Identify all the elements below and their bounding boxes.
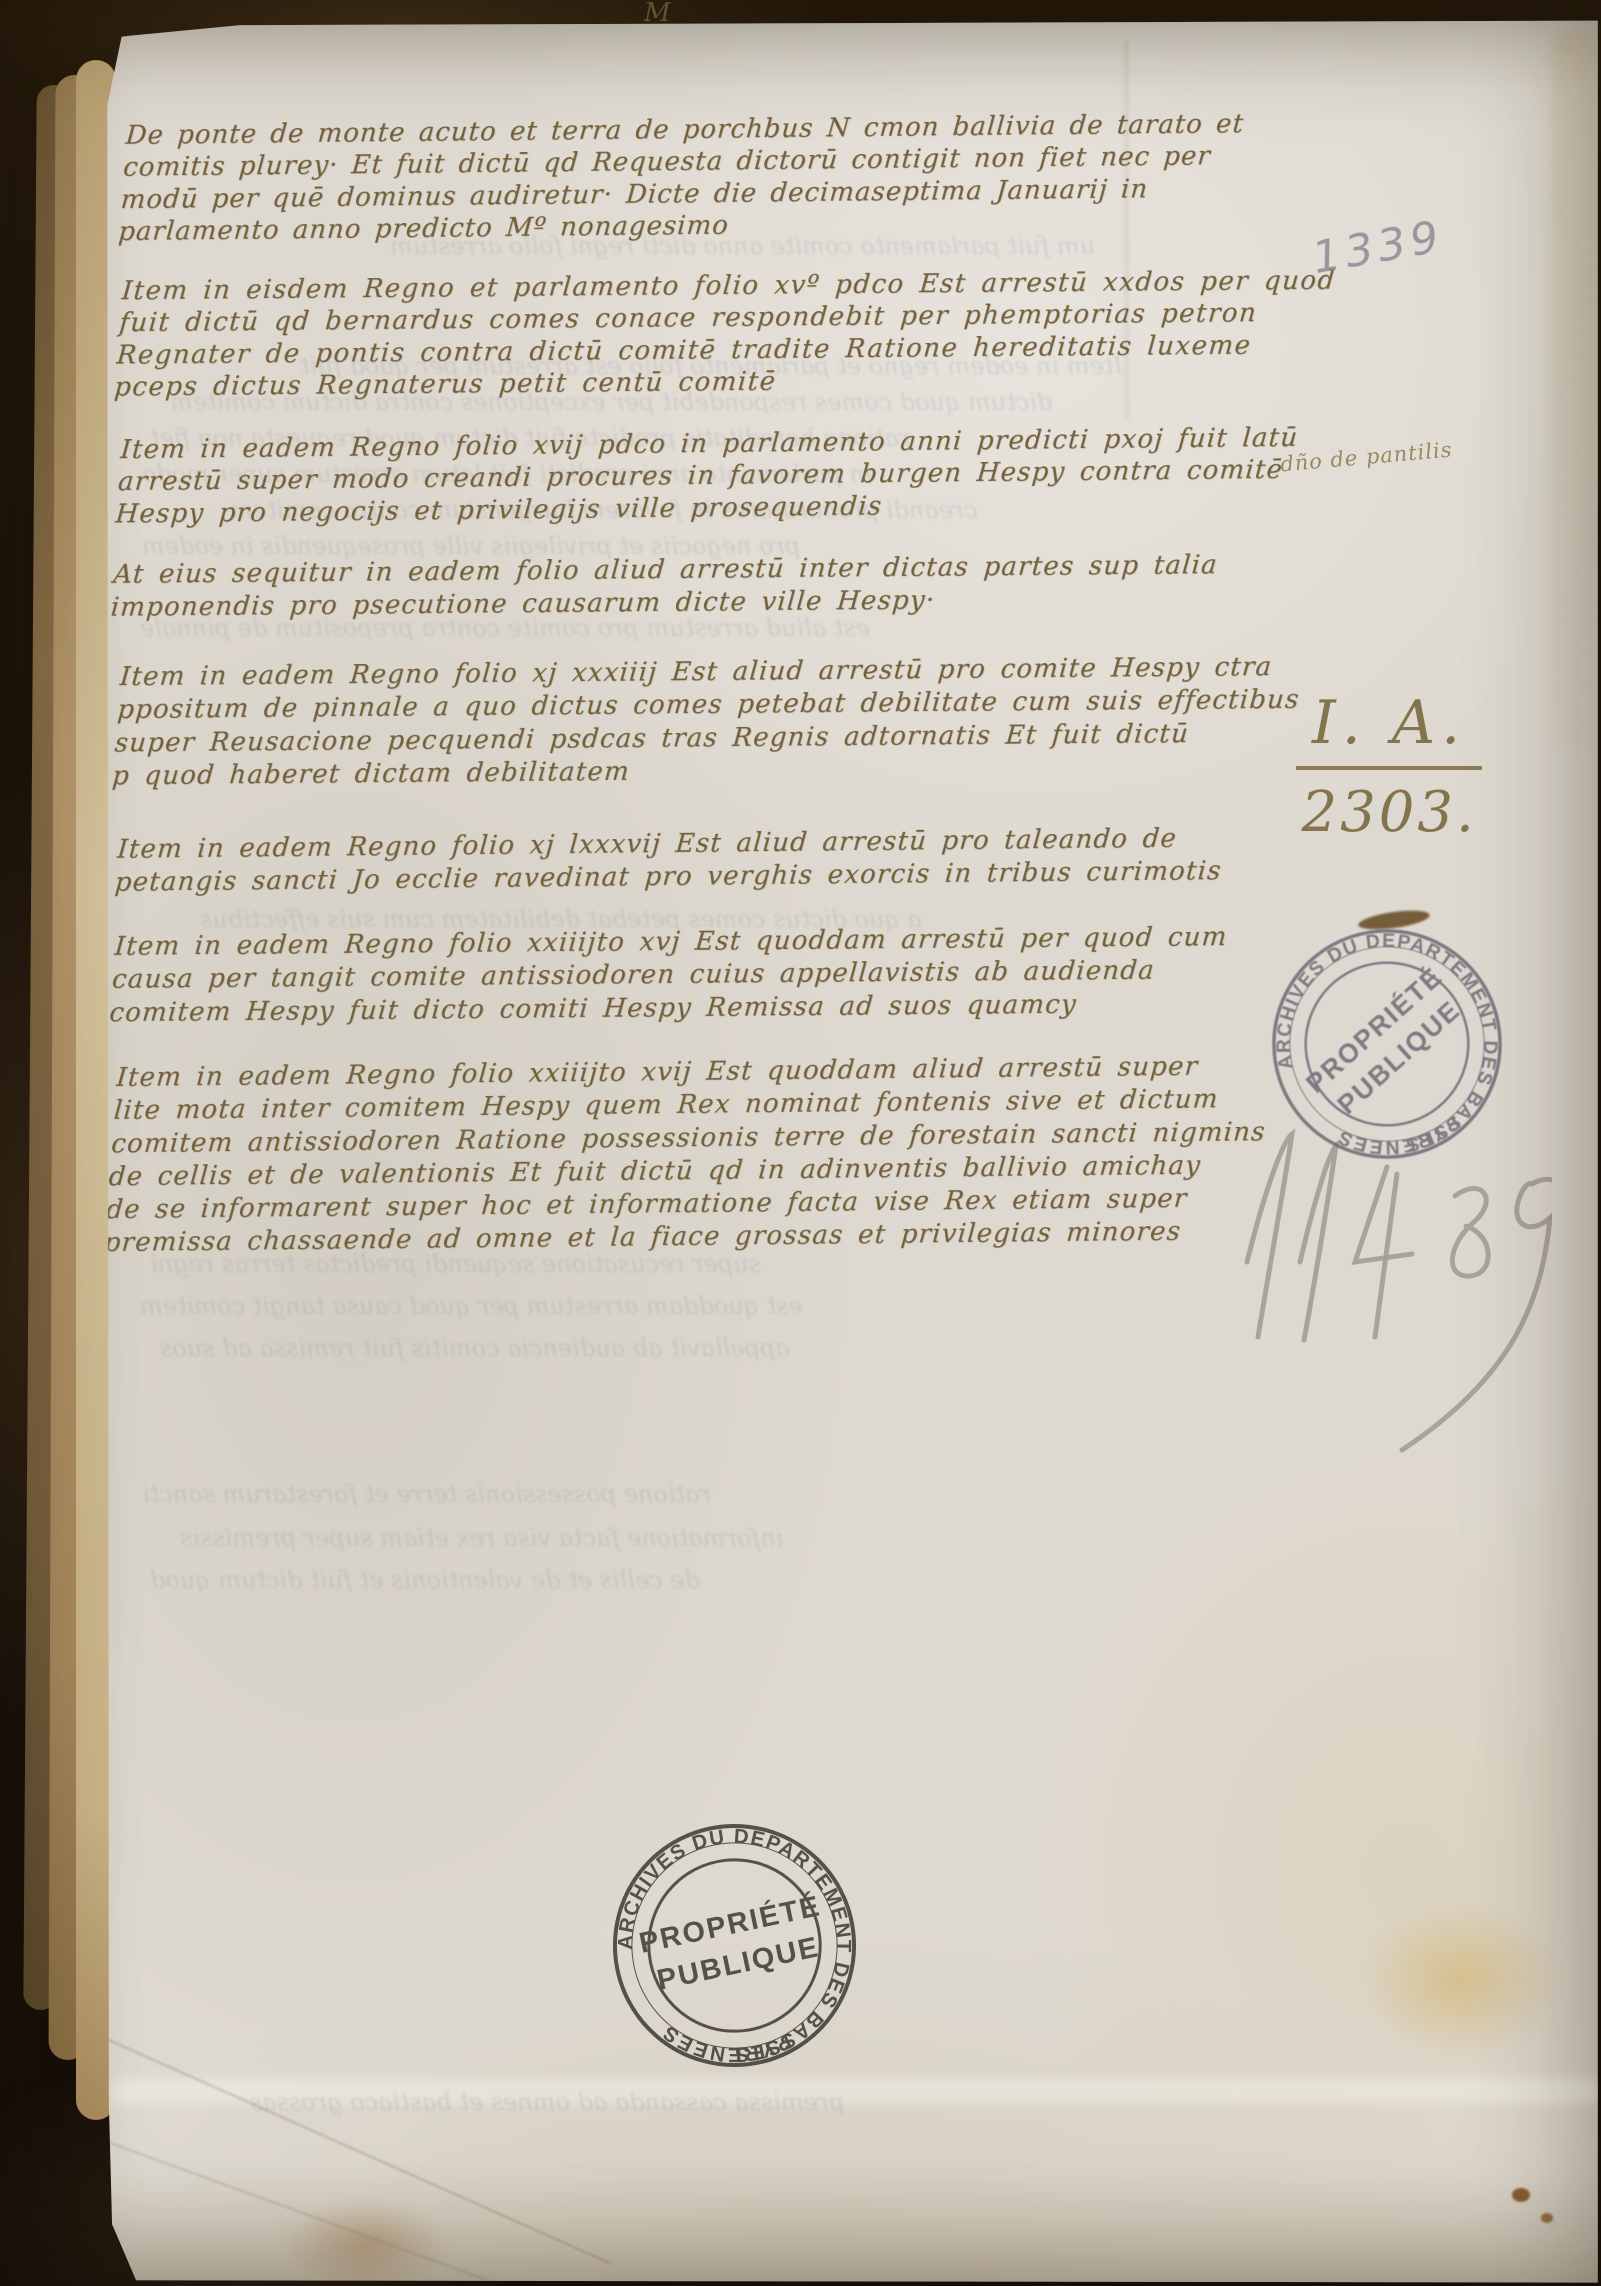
brown-dot-2 [1541, 2213, 1553, 2223]
diagonal-crease-2 [104, 2140, 499, 2286]
svg-text:PYRÉNÉES: PYRÉNÉES [656, 2007, 796, 2073]
brown-dot-1 [1512, 2188, 1530, 2202]
right-edge-tint [1552, 30, 1598, 750]
bleedthrough-line: informatione facta visa rex etiam super … [180, 1524, 783, 1552]
shelfmark: I. A. 2303. [1296, 688, 1482, 845]
pencil-stroke [1300, 1146, 1336, 1340]
text-block-6: Item in eadem Regno folio xj lxxxvij Est… [113, 822, 1225, 900]
text-block-2: Item in eisdem Regno et parlamento folio… [113, 265, 1337, 404]
bleedthrough-line: ratione possessionis terre et forestarum… [142, 1480, 711, 1508]
parchment-page: um fuit parlamento comite anno dicti reg… [0, 0, 1601, 2286]
top-edge-mark: M̃ [644, 0, 671, 28]
pencil-stroke [1517, 1179, 1552, 1226]
diagonal-crease-1 [99, 2035, 611, 2265]
archive-stamp-lower: ARCHIVES DU DÉPARTEMENT DES BASSES PYRÉN… [607, 1818, 862, 2073]
pencil-stroke [1247, 1134, 1292, 1337]
pencil-year: 1339 [1309, 211, 1448, 284]
marginal-note: dño de pantilis [1279, 438, 1453, 477]
stamp-ring-bottom-text: PYRÉNÉES [656, 2007, 796, 2073]
text-block-5: Item in eadem Regno folio xj xxxiiij Est… [111, 651, 1304, 793]
bleedthrough-line: de cellis et de valentionis et fuit dict… [150, 1566, 700, 1594]
bleedthrough-line: est quoddam arrestum per quod causa tang… [140, 1292, 803, 1320]
text-block-3: Item in eadem Regno folio xvij pdco in p… [114, 422, 1299, 530]
pencil-stroke [1402, 1218, 1550, 1450]
bleedthrough-line: appellavit ab audiencia comitis fuit rem… [160, 1334, 790, 1362]
bottom-center-stain [280, 2200, 450, 2286]
shelfmark-number: 2303. [1296, 780, 1482, 845]
shelfmark-series: I. A. [1296, 688, 1482, 770]
text-block-8: Item in eadem Regno folio xxiiijto xvij … [102, 1050, 1272, 1260]
text-block-1: De ponte de monte acuto et terra de porc… [117, 108, 1245, 248]
pencil-folio-number [1212, 1112, 1552, 1457]
text-block-4: At eius sequitur in eadem folio aliud ar… [109, 549, 1219, 625]
manuscript-photo: um fuit parlamento comite anno dicti reg… [0, 0, 1601, 2286]
pencil-stroke [1452, 1189, 1488, 1277]
pencil-stroke [1355, 1167, 1412, 1262]
bleedthrough-line: premissa cassanda ad omnes et bastiaco g… [250, 2088, 845, 2116]
yellow-stain [1360, 1900, 1560, 2060]
text-block-7: Item in eadem Regno folio xxiiijto xvj E… [108, 921, 1229, 1030]
